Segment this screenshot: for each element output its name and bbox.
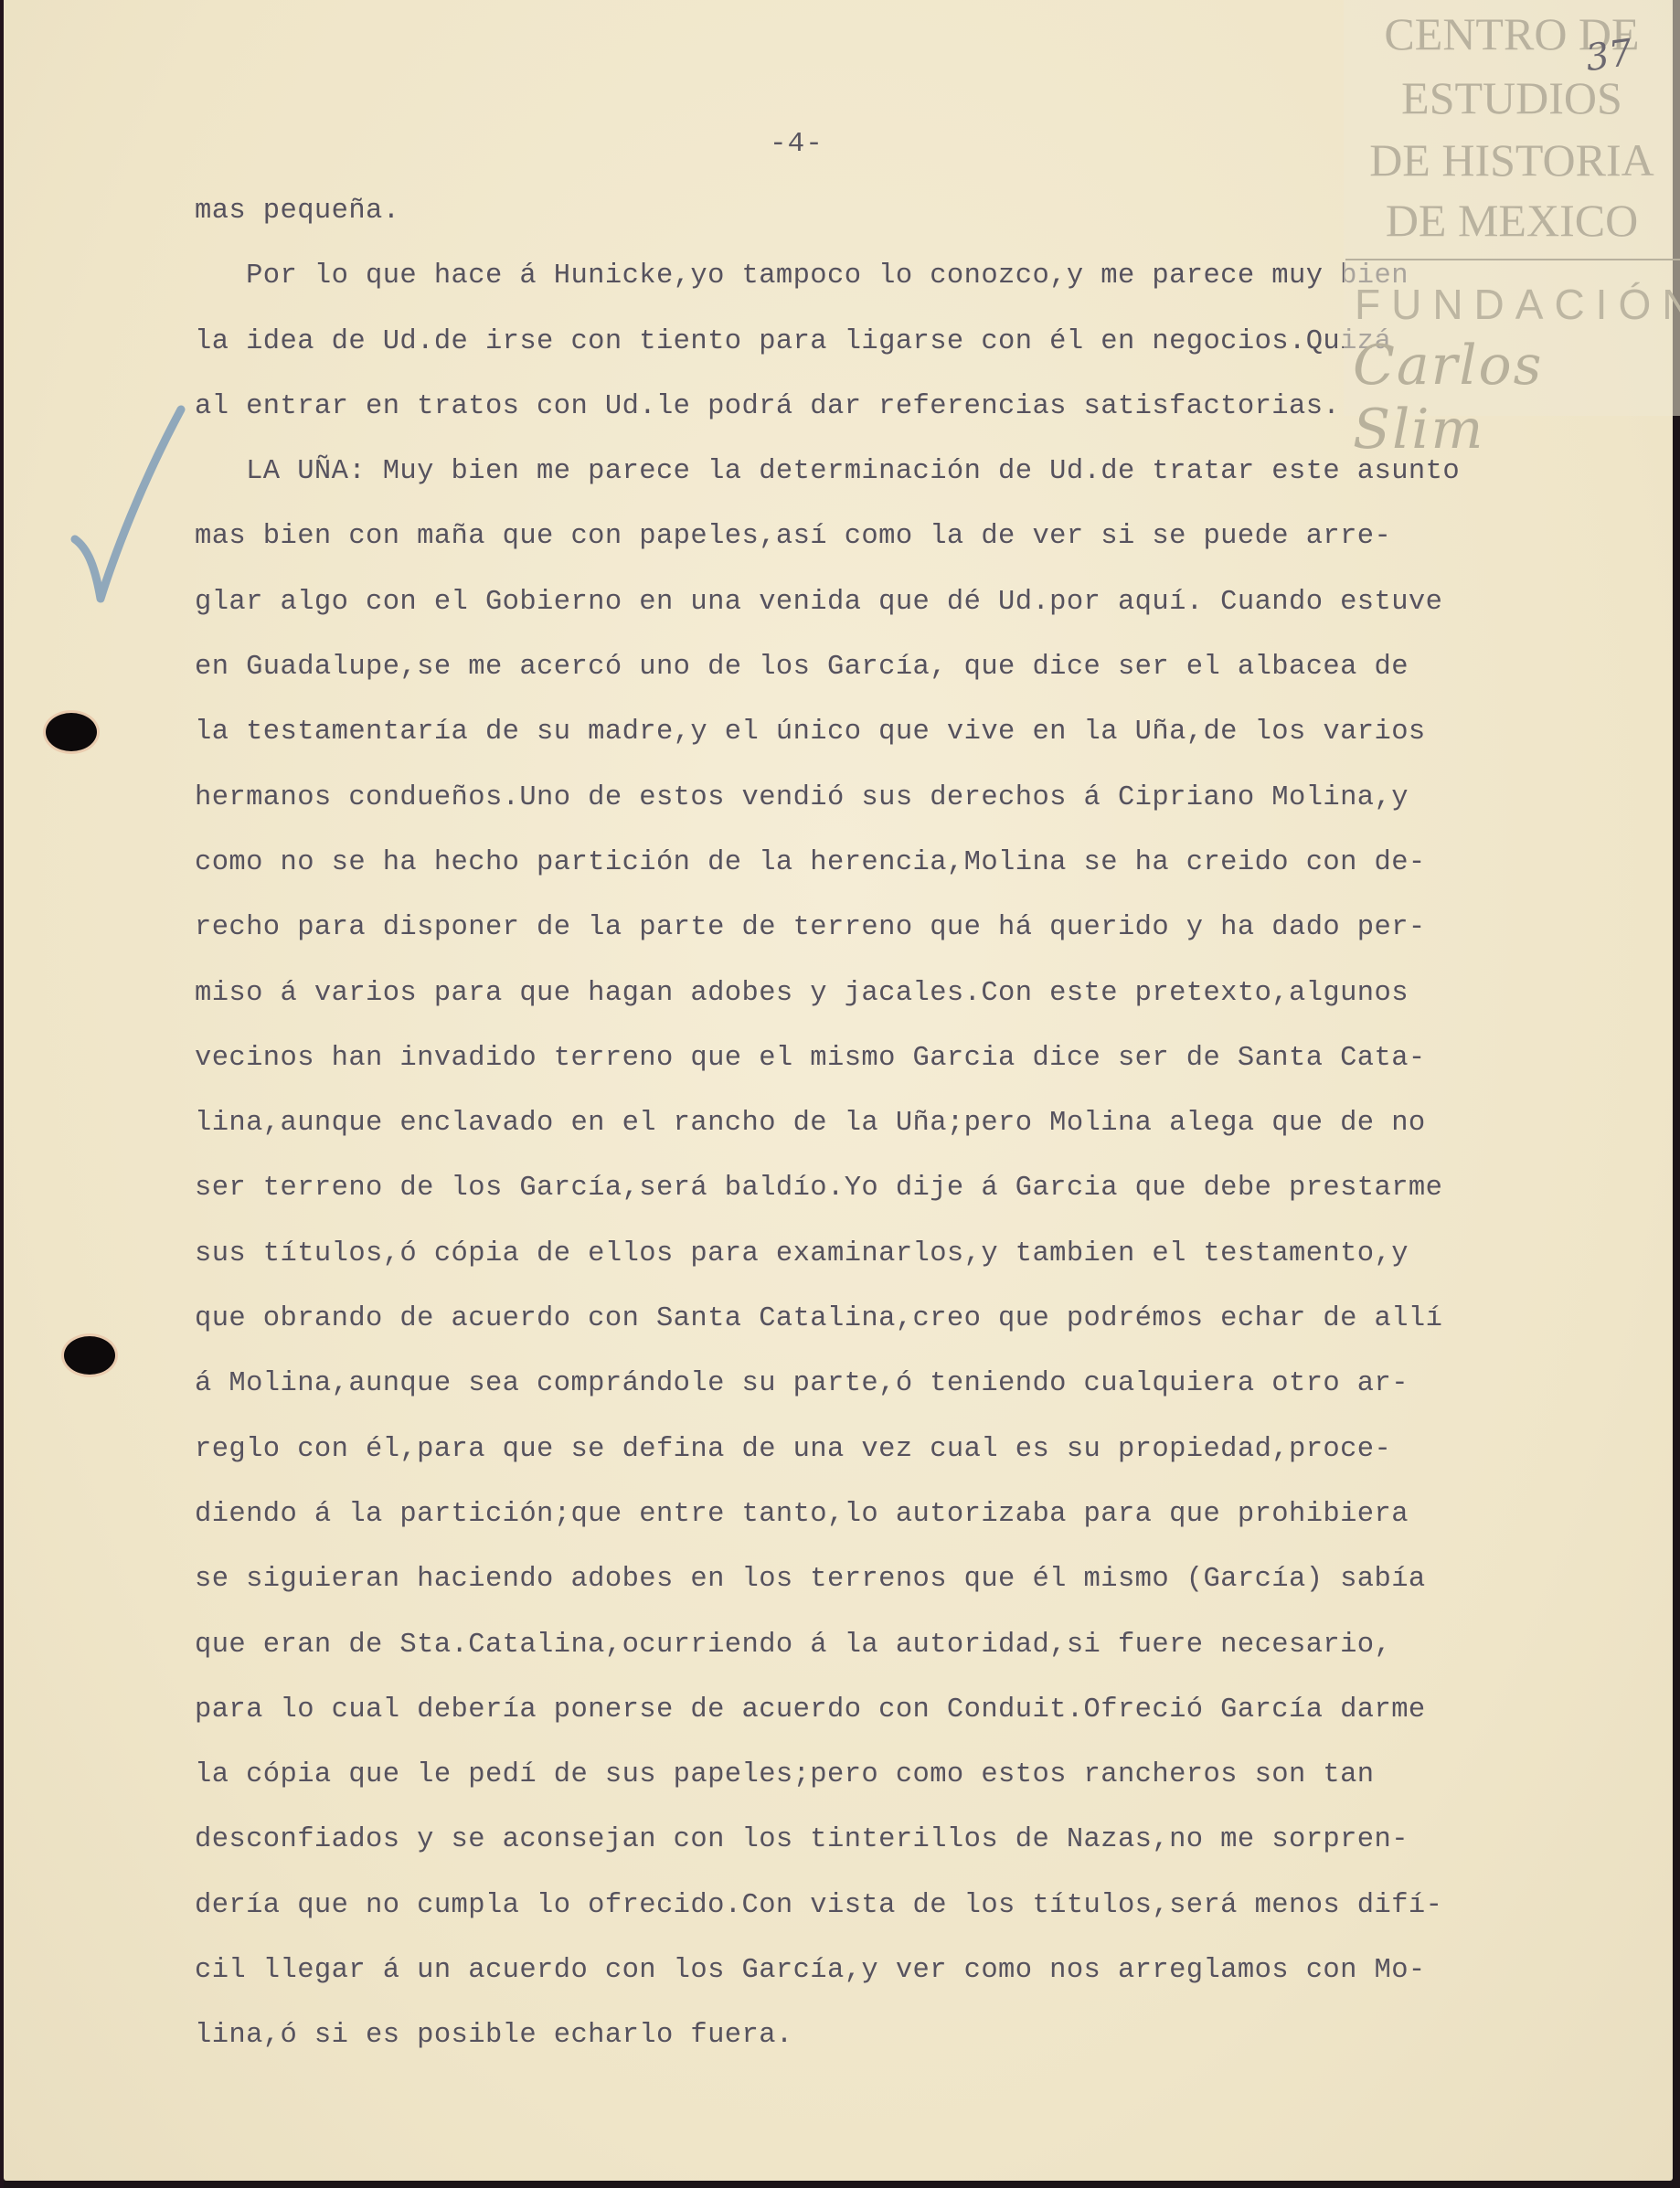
text-line: que eran de Sta.Catalina,ocurriendo á la… bbox=[195, 1622, 1657, 1687]
text-line: miso á varios para que hagan adobes y ja… bbox=[195, 971, 1657, 1036]
text-line: como no se ha hecho partición de la here… bbox=[195, 840, 1657, 905]
watermark-foundation: FUNDACIÓN bbox=[1355, 280, 1680, 329]
text-line: glar algo con el Gobierno en una venida … bbox=[195, 579, 1657, 644]
punch-hole-top bbox=[46, 713, 97, 751]
text-line: en Guadalupe,se me acercó uno de los Gar… bbox=[195, 644, 1657, 709]
text-line: desconfiados y se aconsejan con los tint… bbox=[195, 1817, 1657, 1882]
handwritten-folio-number: 37 bbox=[1583, 32, 1635, 80]
text-line: dería que no cumpla lo ofrecido.Con vist… bbox=[195, 1883, 1657, 1948]
letter-body: mas pequeña. Por lo que hace á Hunicke,y… bbox=[195, 188, 1657, 2078]
text-line: para lo cual debería ponerse de acuerdo … bbox=[195, 1687, 1657, 1752]
text-line: la cópia que le pedí de sus papeles;pero… bbox=[195, 1752, 1657, 1817]
text-line: cil llegar á un acuerdo con los García,y… bbox=[195, 1948, 1657, 2013]
text-line: ser terreno de los García,será baldío.Yo… bbox=[195, 1165, 1657, 1230]
text-line: á Molina,aunque sea comprándole su parte… bbox=[195, 1361, 1657, 1426]
text-line: hermanos condueños.Uno de estos vendió s… bbox=[195, 775, 1657, 840]
watermark-signature: Carlos Slim bbox=[1353, 334, 1680, 462]
blue-pencil-checkmark-icon bbox=[68, 402, 186, 612]
text-line: sus títulos,ó cópia de ellos para examin… bbox=[195, 1231, 1657, 1296]
text-line: la testamentaría de su madre,y el único … bbox=[195, 709, 1657, 774]
punch-hole-bottom bbox=[64, 1336, 115, 1375]
watermark-line-4: DE MEXICO bbox=[1344, 197, 1680, 243]
text-line: vecinos han invadido terreno que el mism… bbox=[195, 1036, 1657, 1100]
watermark-line-3: DE HISTORIA bbox=[1344, 137, 1680, 183]
text-line: recho para disponer de la parte de terre… bbox=[195, 905, 1657, 970]
text-line: reglo con él,para que se defina de una v… bbox=[195, 1427, 1657, 1492]
text-line: lina,ó si es posible echarlo fuera. bbox=[195, 2013, 1657, 2077]
text-line: mas bien con maña que con papeles,así co… bbox=[195, 514, 1657, 579]
text-line: se siguieran haciendo adobes en los terr… bbox=[195, 1556, 1657, 1621]
watermark-divider bbox=[1345, 259, 1680, 260]
text-line: diendo á la partición;que entre tanto,lo… bbox=[195, 1492, 1657, 1556]
text-line: lina,aunque enclavado en el rancho de la… bbox=[195, 1100, 1657, 1165]
text-line: que obrando de acuerdo con Santa Catalin… bbox=[195, 1296, 1657, 1361]
watermark-line-2: ESTUDIOS bbox=[1344, 75, 1680, 121]
page-number: -4- bbox=[770, 128, 824, 160]
